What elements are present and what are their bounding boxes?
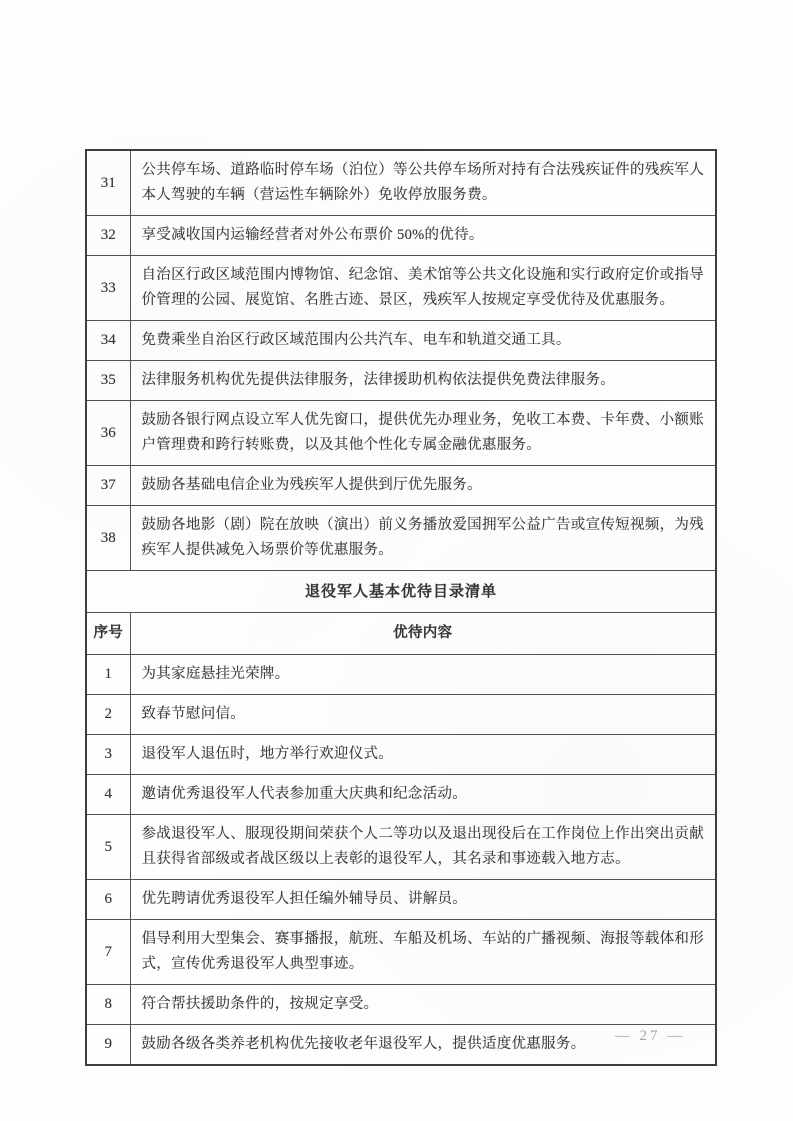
row-content-cell: 退役军人退伍时，地方举行欢迎仪式。 [130,735,716,775]
row-number-cell: 3 [86,735,130,775]
row-number-cell: 2 [86,695,130,735]
row-content-cell: 邀请优秀退役军人代表参加重大庆典和纪念活动。 [130,775,716,815]
row-number-cell: 31 [86,150,130,216]
table-row: 34 免费乘坐自治区行政区域范围内公共汽车、电车和轨道交通工具。 [86,321,716,361]
column-header-content: 优待内容 [130,613,716,655]
table-row: 32 享受减收国内运输经营者对外公布票价 50%的优待。 [86,216,716,256]
row-number-cell: 36 [86,401,130,466]
table-row: 36 鼓励各银行网点设立军人优先窗口，提供优先办理业务，免收工本费、卡年费、小额… [86,401,716,466]
table-row: 2 致春节慰问信。 [86,695,716,735]
table-row: 8 符合帮扶援助条件的，按规定享受。 [86,985,716,1025]
row-number-cell: 1 [86,655,130,695]
row-number-cell: 33 [86,256,130,321]
row-number-cell: 6 [86,880,130,920]
row-content-cell: 公共停车场、道路临时停车场（泊位）等公共停车场所对持有合法残疾证件的残疾军人本人… [130,150,716,216]
table-row: 38 鼓励各地影（剧）院在放映（演出）前义务播放爱国拥军公益广告或宣传短视频，为… [86,506,716,571]
column-header-no: 序号 [86,613,130,655]
table-row: 7 倡导利用大型集会、赛事播报，航班、车船及机场、车站的广播视频、海报等载体和形… [86,920,716,985]
section-title: 退役军人基本优待目录清单 [86,571,716,613]
row-content-cell: 自治区行政区域范围内博物馆、纪念馆、美术馆等公共文化设施和实行政府定价或指导价管… [130,256,716,321]
row-content-cell: 法律服务机构优先提供法律服务，法律援助机构依法提供免费法律服务。 [130,361,716,401]
table-row: 4 邀请优秀退役军人代表参加重大庆典和纪念活动。 [86,775,716,815]
row-number-cell: 32 [86,216,130,256]
row-content-cell: 为其家庭悬挂光荣牌。 [130,655,716,695]
row-content-cell: 免费乘坐自治区行政区域范围内公共汽车、电车和轨道交通工具。 [130,321,716,361]
row-number-cell: 8 [86,985,130,1025]
row-number-cell: 9 [86,1025,130,1066]
page-number: — 27 — [585,1028,715,1045]
row-number-cell: 37 [86,466,130,506]
row-content-cell: 优先聘请优秀退役军人担任编外辅导员、讲解员。 [130,880,716,920]
column-header-row: 序号 优待内容 [86,613,716,655]
table-row: 35 法律服务机构优先提供法律服务，法律援助机构依法提供免费法律服务。 [86,361,716,401]
table-row: 3 退役军人退伍时，地方举行欢迎仪式。 [86,735,716,775]
row-content-cell: 享受减收国内运输经营者对外公布票价 50%的优待。 [130,216,716,256]
row-content-cell: 参战退役军人、服现役期间荣获个人二等功以及退出现役后在工作岗位上作出突出贡献且获… [130,815,716,880]
scanned-page: 31 公共停车场、道路临时停车场（泊位）等公共停车场所对持有合法残疾证件的残疾军… [0,0,793,1121]
row-content-cell: 鼓励各基础电信企业为残疾军人提供到厅优先服务。 [130,466,716,506]
row-number-cell: 35 [86,361,130,401]
row-number-cell: 7 [86,920,130,985]
row-number-cell: 4 [86,775,130,815]
benefits-table: 31 公共停车场、道路临时停车场（泊位）等公共停车场所对持有合法残疾证件的残疾军… [85,149,717,1066]
row-number-cell: 38 [86,506,130,571]
table-row: 33 自治区行政区域范围内博物馆、纪念馆、美术馆等公共文化设施和实行政府定价或指… [86,256,716,321]
row-content-cell: 致春节慰问信。 [130,695,716,735]
table-row: 6 优先聘请优秀退役军人担任编外辅导员、讲解员。 [86,880,716,920]
table-row: 1 为其家庭悬挂光荣牌。 [86,655,716,695]
row-content-cell: 鼓励各地影（剧）院在放映（演出）前义务播放爱国拥军公益广告或宣传短视频，为残疾军… [130,506,716,571]
row-content-cell: 符合帮扶援助条件的，按规定享受。 [130,985,716,1025]
row-number-cell: 34 [86,321,130,361]
row-content-cell: 鼓励各银行网点设立军人优先窗口，提供优先办理业务，免收工本费、卡年费、小额账户管… [130,401,716,466]
table-row: 5 参战退役军人、服现役期间荣获个人二等功以及退出现役后在工作岗位上作出突出贡献… [86,815,716,880]
table-row: 31 公共停车场、道路临时停车场（泊位）等公共停车场所对持有合法残疾证件的残疾军… [86,150,716,216]
row-content-cell: 倡导利用大型集会、赛事播报，航班、车船及机场、车站的广播视频、海报等载体和形式，… [130,920,716,985]
row-number-cell: 5 [86,815,130,880]
section-title-row: 退役军人基本优待目录清单 [86,571,716,613]
table-row: 37 鼓励各基础电信企业为残疾军人提供到厅优先服务。 [86,466,716,506]
